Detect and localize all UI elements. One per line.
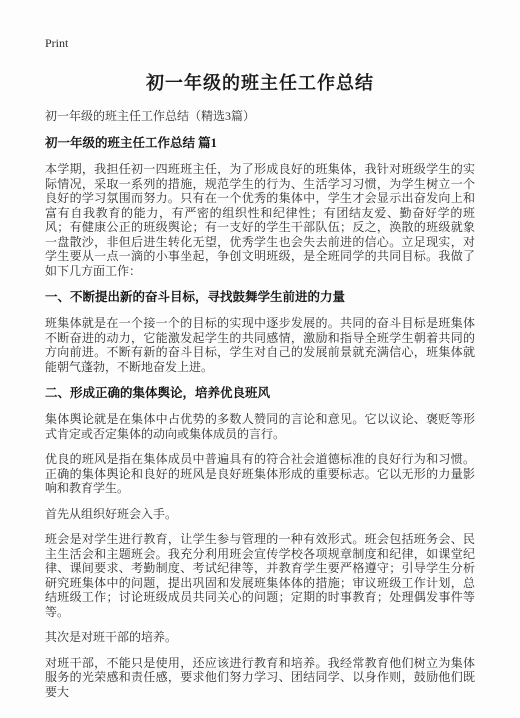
section-heading: 二、形成正确的集体舆论，培养优良班风 (45, 386, 475, 401)
body-paragraph: 集体舆论就是在集体中占优势的多数人赞同的言论和意见。它以议论、褒贬等形式肯定或否… (45, 412, 475, 441)
section-heading: 一、不断提出新的奋斗目标，寻找鼓舞学生前进的力量 (45, 290, 475, 305)
body-paragraph: 对班干部，不能只是使用，还应该进行教育和培养。我经常教育他们树立为集体服务的光荣… (45, 656, 475, 700)
body-paragraph: 首先从组织好班会入手。 (45, 507, 475, 522)
body-paragraph: 其次是对班干部的培养。 (45, 630, 475, 645)
doc-subtitle: 初一年级的班主任工作总结（精选3篇） (45, 109, 475, 124)
body-paragraph: 本学期，我担任初一四班班主任，为了形成良好的班集体，我针对班级学生的实际情况，采… (45, 162, 475, 278)
body-paragraph: 优良的班风是指在集体成员中普遍具有的符合社会道德标准的良好行为和习惯。正确的集体… (45, 452, 475, 496)
section-heading: 初一年级的班主任工作总结 篇1 (45, 136, 475, 151)
document-page: Print 初一年级的班主任工作总结 初一年级的班主任工作总结（精选3篇） 初一… (0, 0, 520, 718)
article-body: 初一年级的班主任工作总结 篇1本学期，我担任初一四班班主任，为了形成良好的班集体… (45, 136, 475, 699)
body-paragraph: 班会是对学生进行教育，让学生参与管理的一种有效形式。班会包括班务会、民主生活会和… (45, 532, 475, 619)
page-title: 初一年级的班主任工作总结 (45, 71, 475, 95)
print-link[interactable]: Print (45, 36, 68, 50)
body-paragraph: 班集体就是在一个接一个的目标的实现中逐步发展的。共同的奋斗目标是班集体不断奋进的… (45, 316, 475, 374)
